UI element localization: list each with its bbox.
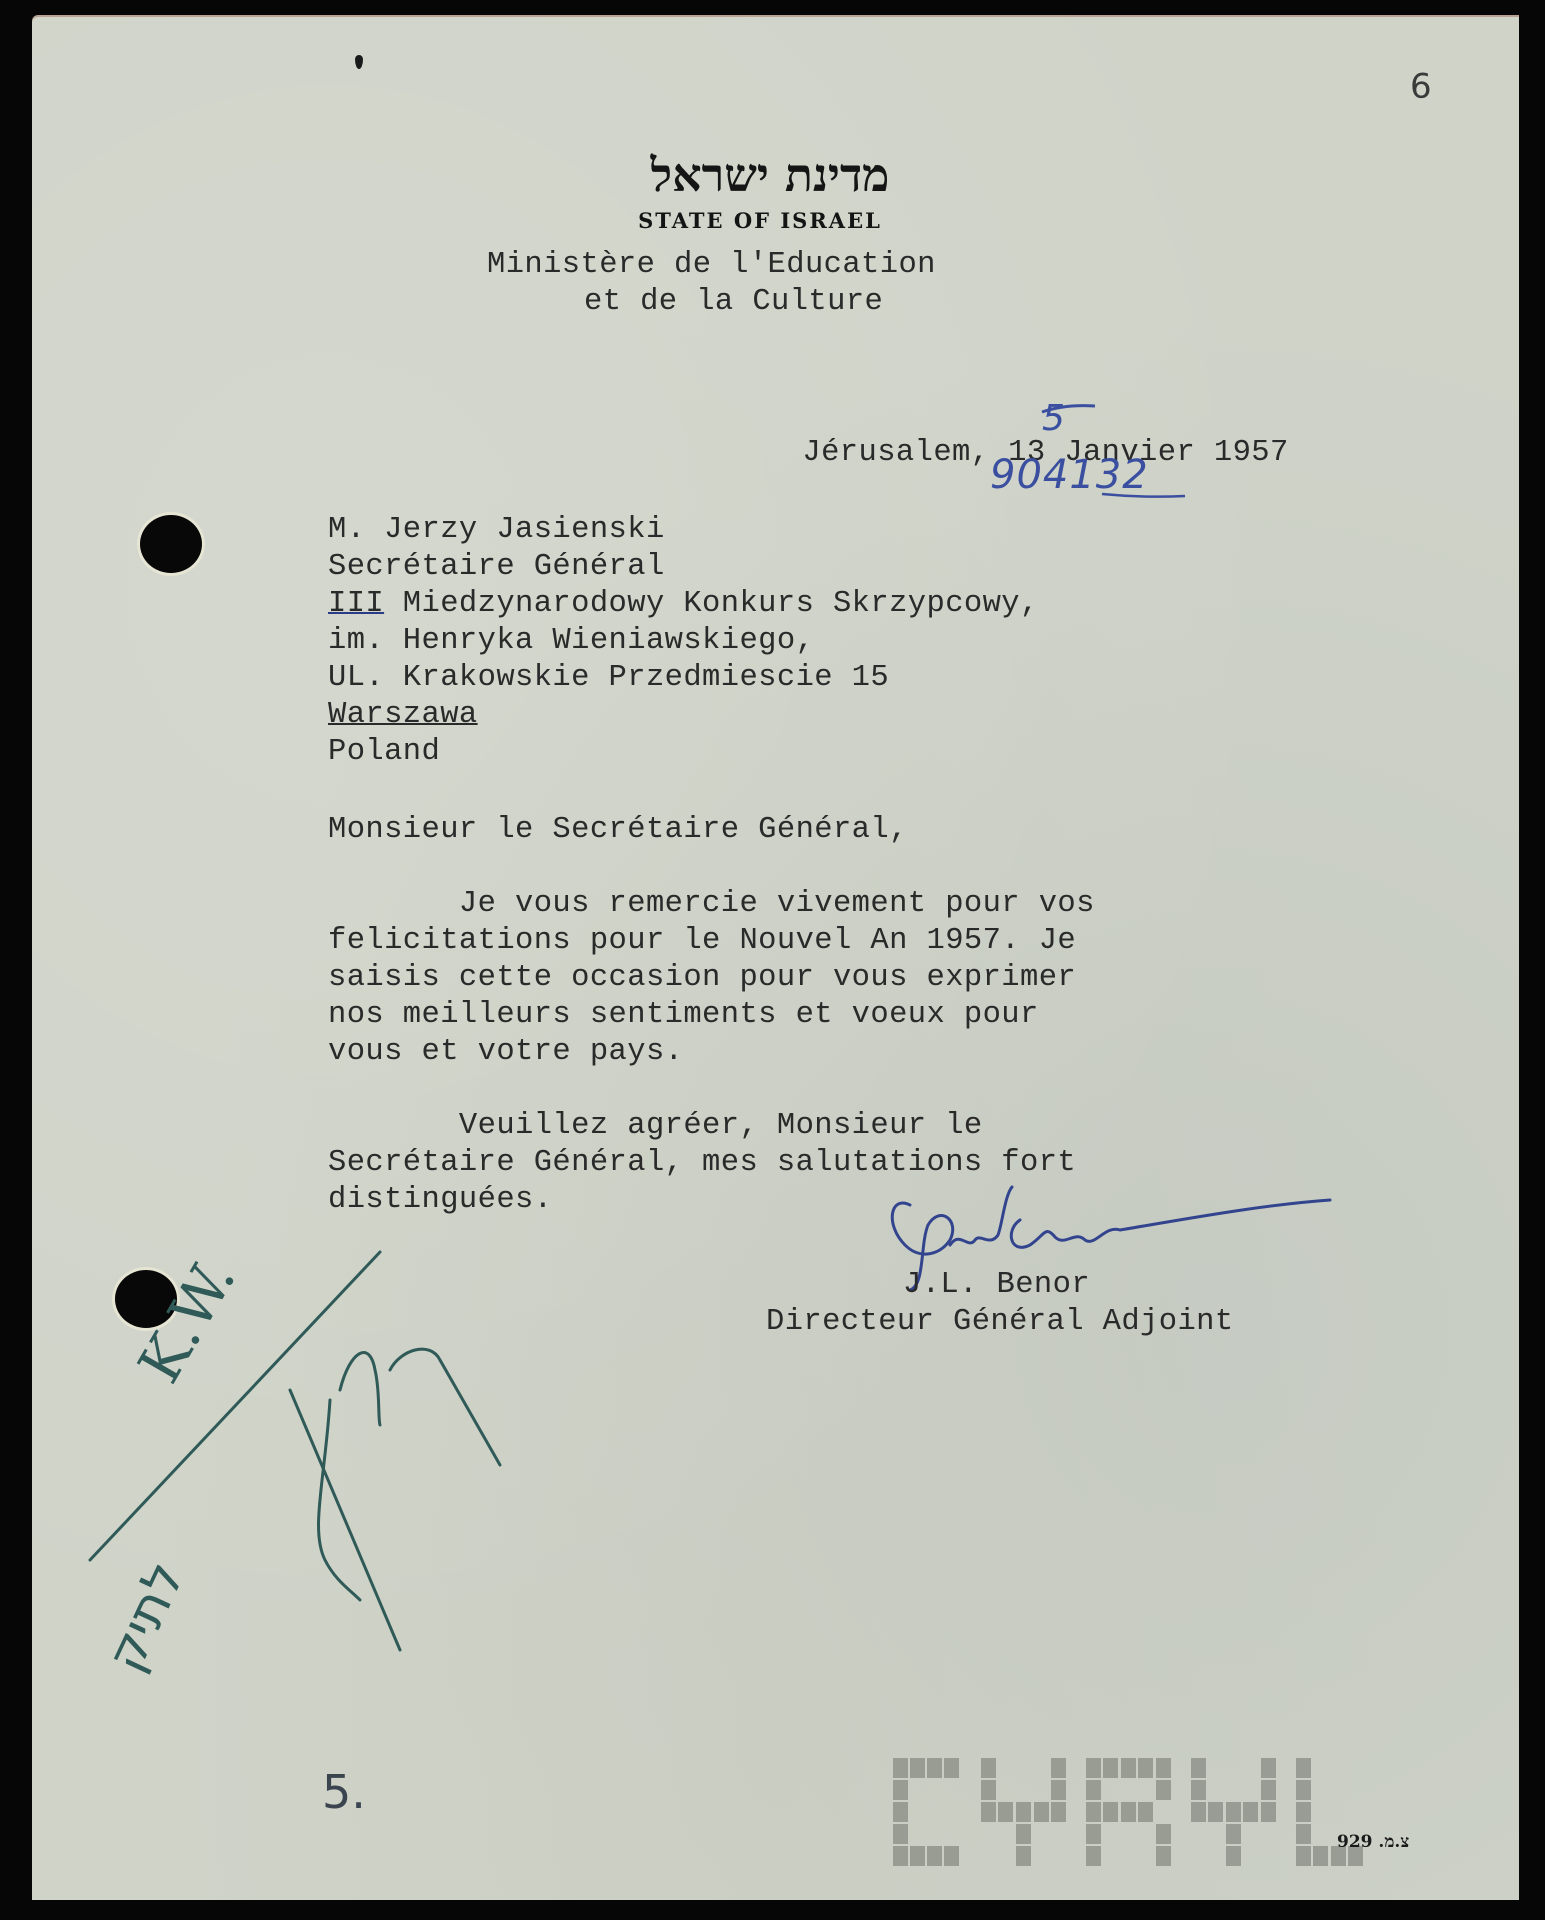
reference-underline	[1100, 490, 1190, 500]
date-correction-stroke	[1040, 404, 1100, 414]
body-line-3: saisis cette occasion pour vous exprimer	[328, 960, 1076, 997]
letterhead-ministry-line2: et de la Culture	[584, 284, 883, 321]
punch-hole-top	[140, 515, 202, 573]
recipient-org-prefix: III	[328, 587, 384, 621]
recipient-city: Warszawa	[328, 697, 478, 734]
recipient-title: Secrétaire Général	[328, 549, 665, 586]
page-mark: 9	[1410, 64, 1432, 104]
recipient-name: M. Jerzy Jasienski	[328, 512, 665, 549]
signatory-title: Directeur Général Adjoint	[766, 1304, 1234, 1341]
recipient-org-line1: III Miedzynarodowy Konkurs Skrzypcowy,	[328, 586, 1039, 623]
body-line-2: felicitations pour le Nouvel An 1957. Je	[328, 923, 1076, 960]
closing-line-2: Secrétaire Général, mes salutations fort	[328, 1145, 1076, 1182]
annotation-number-mark: 5.	[322, 1765, 366, 1819]
body-line-4: nos meilleurs sentiments et voeux pour	[328, 997, 1039, 1034]
letterhead-ministry-line1: Ministère de l'Education	[487, 247, 936, 284]
body-line-1: Je vous remercie vivement pour vos	[328, 886, 1095, 923]
recipient-org-name: Miedzynarodowy Konkurs Skrzypcowy,	[384, 587, 1039, 621]
salutation: Monsieur le Secrétaire Général,	[328, 812, 908, 849]
annotation-signature-green	[280, 1330, 520, 1650]
letterhead-state-title: STATE OF ISRAEL	[560, 208, 960, 233]
closing-line-1: Veuillez agréer, Monsieur le	[328, 1108, 983, 1145]
closing-line-3: distinguées.	[328, 1182, 552, 1219]
form-number: צ.מ. 929	[1337, 1832, 1409, 1852]
date-city: Jérusalem,	[802, 436, 989, 470]
body-line-5: vous et votre pays.	[328, 1034, 683, 1071]
recipient-org-line2: im. Henryka Wieniawskiego,	[328, 623, 814, 660]
recipient-country: Poland	[328, 734, 440, 771]
letterhead-hebrew-title: מדינת ישראל	[580, 148, 960, 202]
recipient-street: UL. Krakowskie Przedmiescie 15	[328, 660, 889, 697]
signatory-name: J.L. Benor	[903, 1267, 1090, 1304]
